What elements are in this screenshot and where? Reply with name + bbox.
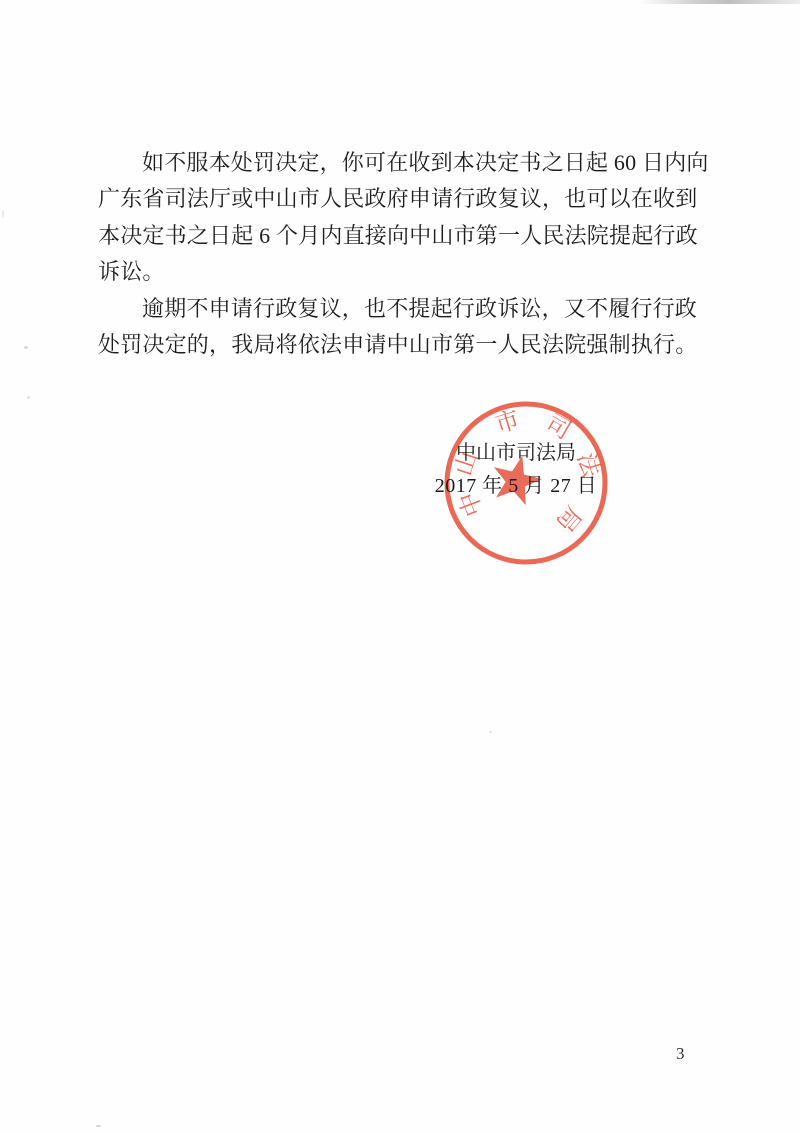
text-line: 如不服本处罚决定，你可在收到本决定书之日起 60 日内向	[98, 145, 690, 181]
paragraph-appeal-rights: 如不服本处罚决定，你可在收到本决定书之日起 60 日内向 广东省司法厅或中山市人…	[98, 145, 690, 291]
text-line: 广东省司法厅或中山市人民政府申请行政复议，也可以在收到	[98, 181, 690, 217]
scan-speck	[24, 346, 28, 349]
document-body: 如不服本处罚决定，你可在收到本决定书之日起 60 日内向 广东省司法厅或中山市人…	[98, 145, 690, 363]
seal-char: 局	[550, 501, 585, 536]
issuing-agency-name: 中山市司法局	[416, 437, 616, 470]
scan-speck	[96, 1125, 101, 1127]
text-line: 诉讼。	[98, 254, 690, 290]
scan-speck	[489, 731, 492, 733]
text-line: 本决定书之日起 6 个月内直接向中山市第一人民法院提起行政	[98, 218, 690, 254]
scan-speck	[27, 396, 30, 399]
scanned-document-page: 如不服本处罚决定，你可在收到本决定书之日起 60 日内向 广东省司法厅或中山市人…	[0, 0, 800, 1132]
text-line: 逾期不申请行政复议，也不提起行政诉讼，又不履行行政	[98, 291, 690, 327]
paragraph-enforcement: 逾期不申请行政复议，也不提起行政诉讼，又不履行行政 处罚决定的，我局将依法申请中…	[98, 291, 690, 364]
signature-block: 中山市司法局 2017 年 5 月 27 日	[416, 437, 616, 503]
page-number: 3	[676, 1044, 685, 1064]
text-line: 处罚决定的，我局将依法申请中山市第一人民法院强制执行。	[98, 327, 690, 363]
scan-artifact-top-edge	[640, 0, 800, 4]
scan-speck	[2, 210, 4, 218]
issue-date: 2017 年 5 月 27 日	[416, 470, 616, 503]
